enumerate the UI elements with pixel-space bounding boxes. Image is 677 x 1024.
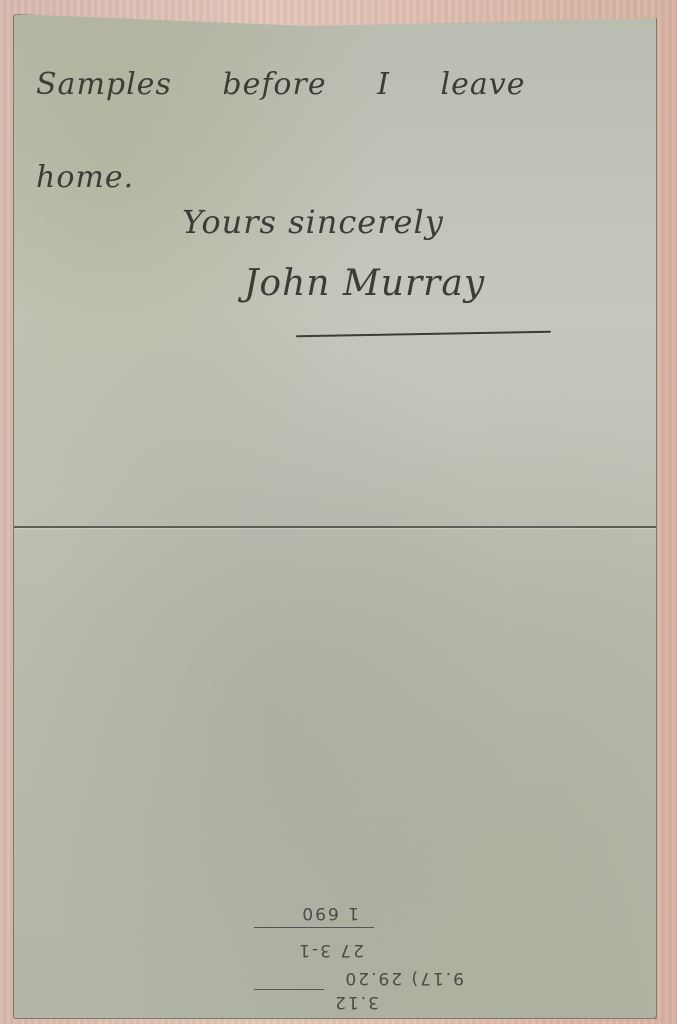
letter-line-2: home. bbox=[36, 160, 134, 195]
note-line-b: 9.17) 29.20 bbox=[343, 968, 464, 988]
letter-line-1: Samples before I leave bbox=[36, 67, 525, 102]
letter-closing: Yours sincerely bbox=[182, 203, 444, 241]
inverted-calculation-notes: 3.12 9.17) 29.20 27 3-1 1 690 bbox=[164, 893, 474, 1018]
letter-card: Samples before I leave home. Yours since… bbox=[13, 14, 657, 1019]
signature-underline bbox=[296, 331, 551, 337]
signature: John Murray bbox=[244, 263, 485, 304]
note-rule-bottom bbox=[254, 927, 374, 928]
note-line-a: 3.12 bbox=[333, 992, 379, 1012]
note-line-d: 1 690 bbox=[300, 903, 359, 923]
fold-crease bbox=[14, 526, 656, 528]
note-rule-top bbox=[254, 989, 324, 990]
note-line-c: 27 3-1 bbox=[297, 940, 364, 960]
